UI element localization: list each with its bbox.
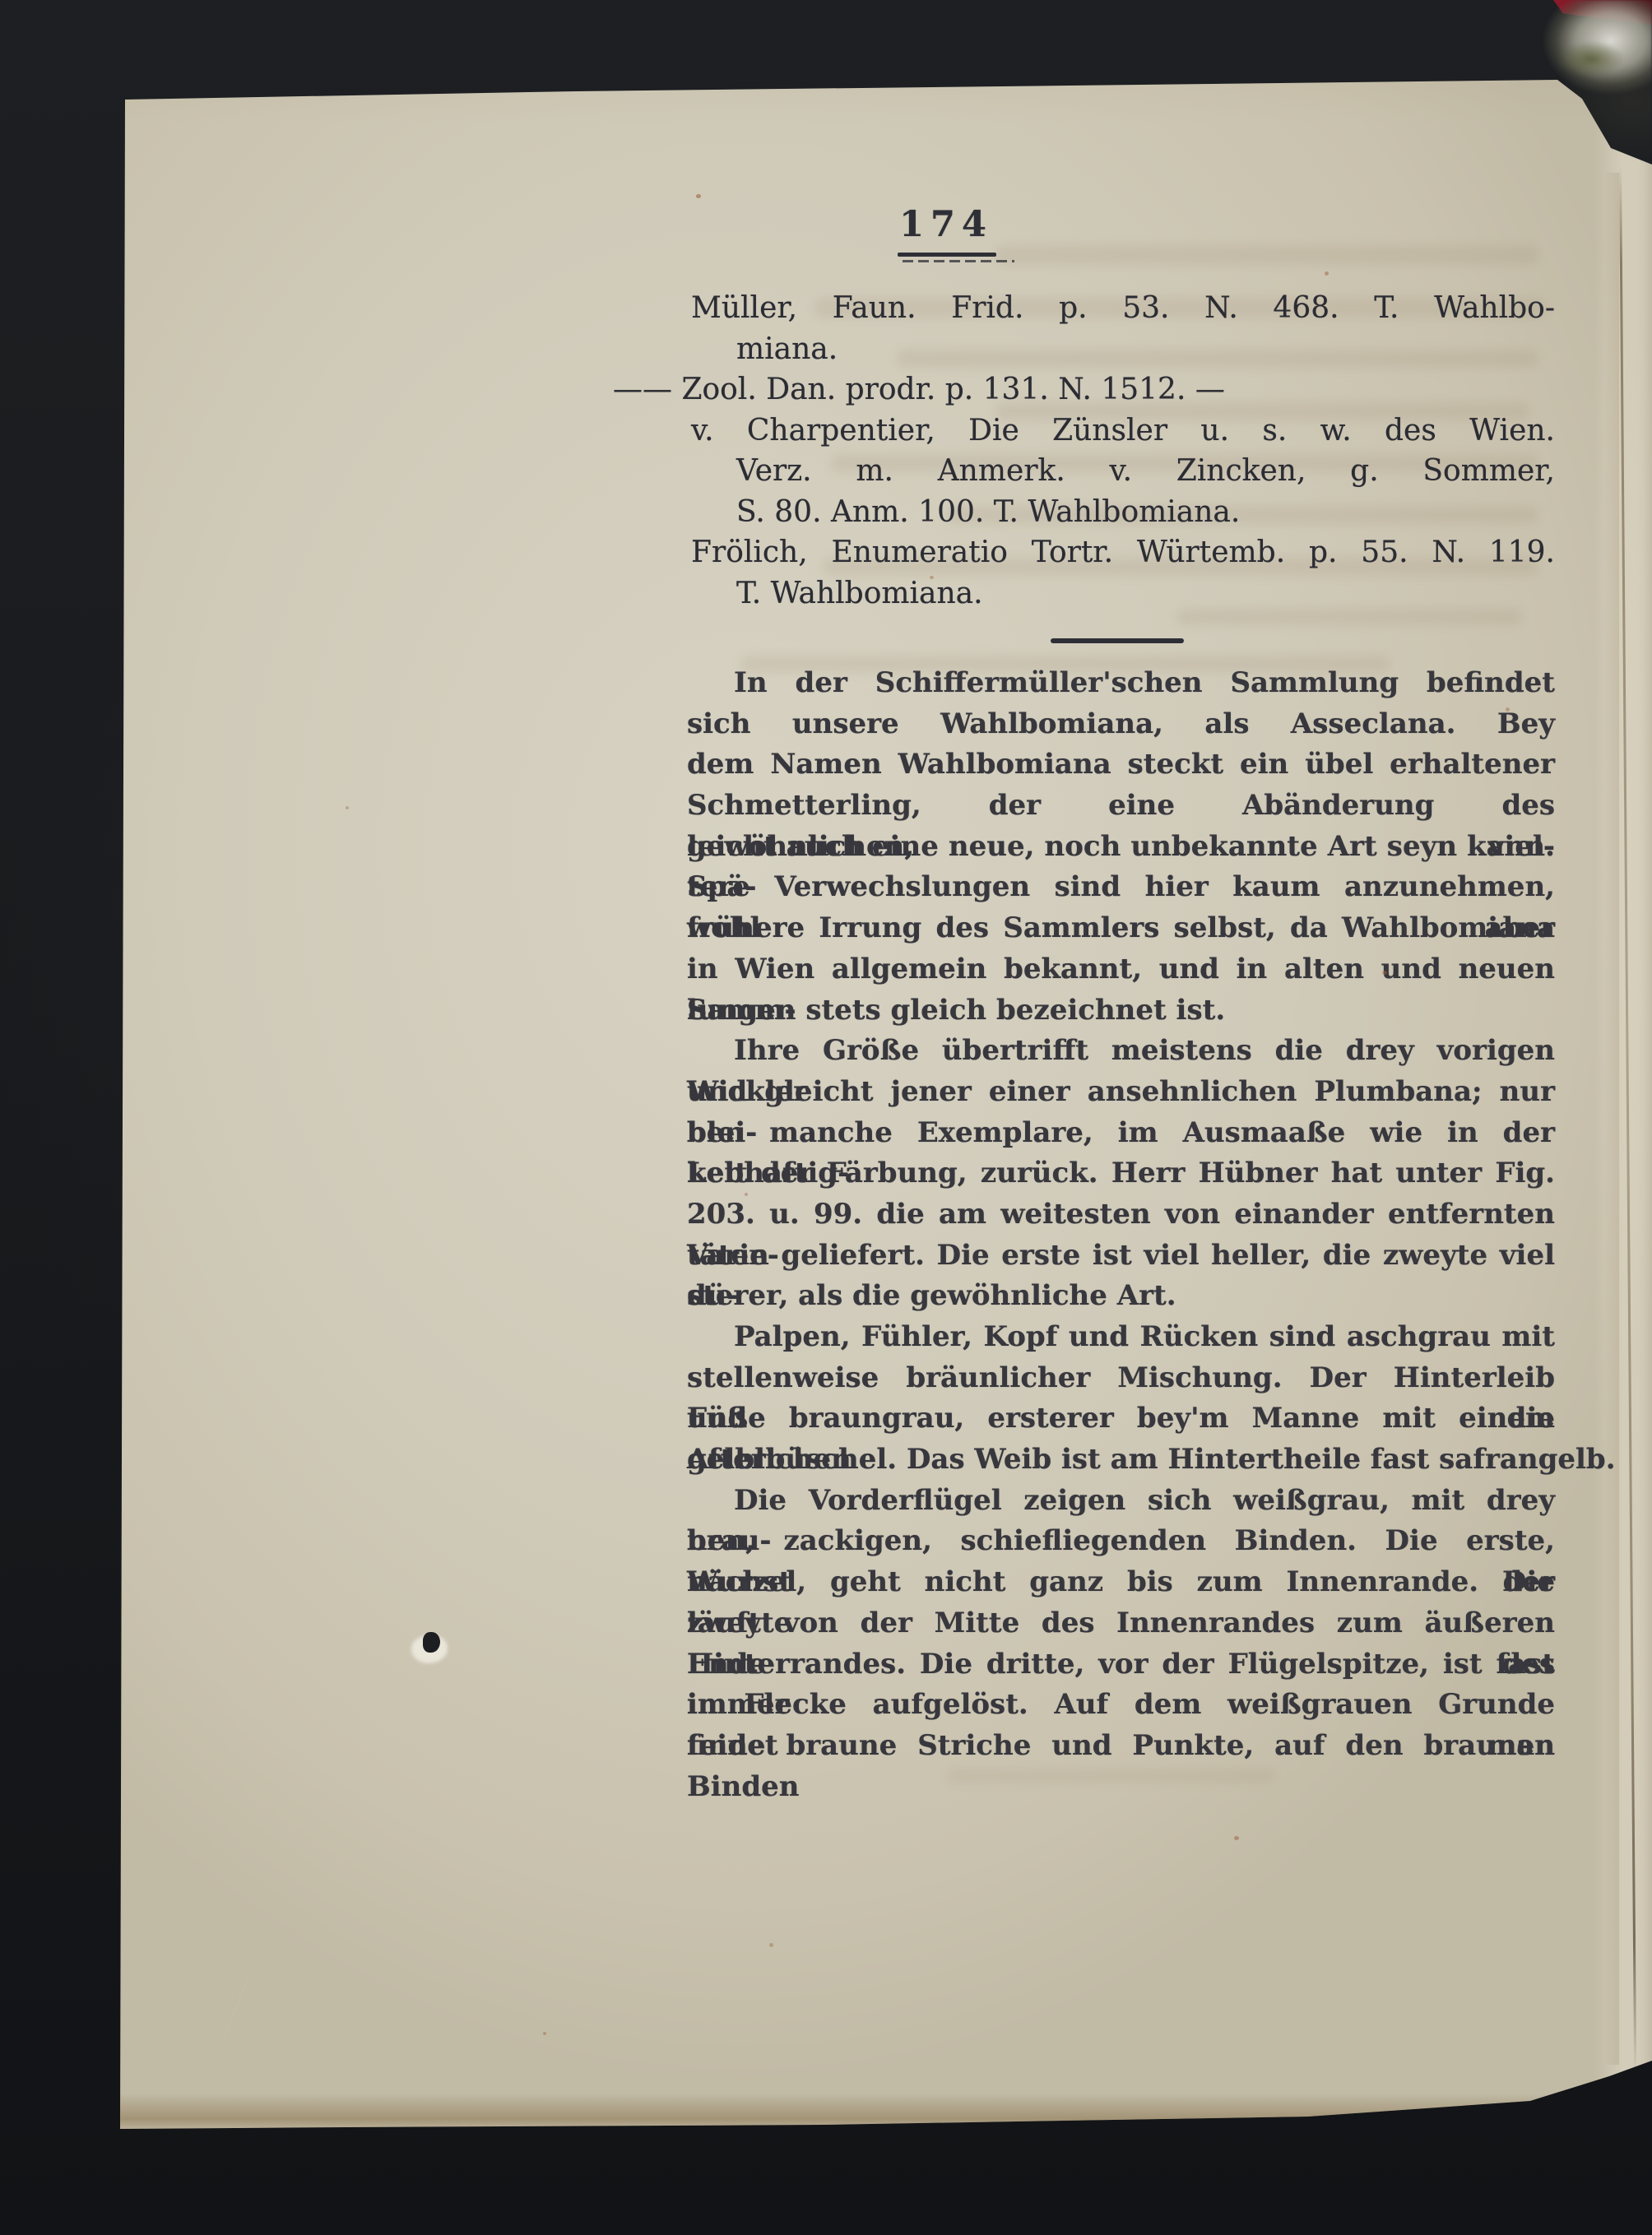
body-line-p2-2: und gleicht jener einer ansehnlichen Plu… — [687, 1072, 1555, 1113]
paper-speck — [930, 576, 934, 579]
paper-speck — [696, 194, 701, 198]
reference-line-4: v. Charpentier, Die Zünsler u. s. w. des… — [691, 410, 1555, 452]
body-line-p1-6: tere Verwechslungen sind hier kaum anzun… — [687, 867, 1555, 908]
body-line-p4-6: in Flecke aufgelöst. Auf dem weißgrauen … — [687, 1685, 1555, 1726]
paper-speck — [1325, 271, 1329, 276]
body-line-p4-5: Hinterrandes. Die dritte, vor der Flügel… — [687, 1644, 1555, 1686]
reference-line-1: Müller, Faun. Frid. p. 53. N. 468. T. Wa… — [691, 288, 1555, 329]
body-line-p1-9: lungen stets gleich bezeichnet ist. — [687, 990, 1555, 1032]
body-line-p3-1: Palpen, Fühler, Kopf und Rücken sind asc… — [687, 1317, 1555, 1358]
scan-background: 174 Müller, Faun. Frid. p. 53. N. 468. T… — [0, 0, 1652, 2235]
body-line-p1-7: frühere Irrung des Sammlers selbst, da W… — [687, 908, 1555, 949]
body-line-p4-3: Wurzel, geht nicht ganz bis zum Innenran… — [687, 1562, 1555, 1603]
paper-speck — [346, 806, 349, 809]
body-line-p2-6: täten geliefert. Die erste ist viel hell… — [687, 1236, 1555, 1277]
reference-line-5: Verz. m. Anmerk. v. Zincken, g. Sommer, — [736, 451, 1555, 492]
body-line-p4-4: läuft von der Mitte des Innenrandes zum … — [687, 1603, 1555, 1644]
body-line-p3-4: Afterbüschel. Das Weib ist am Hinterthei… — [687, 1440, 1555, 1481]
body-line-p1-3: dem Namen Wahlbomiana steckt ein übel er… — [687, 744, 1555, 786]
body-line-p4-7: feine braune Striche und Punkte, auf den… — [687, 1726, 1555, 1767]
page-number: 174 — [856, 204, 1037, 245]
body-line-p1-4: Schmetterling, der eine Abänderung des g… — [687, 786, 1555, 827]
reference-line-8: T. Wahlbomiana. — [736, 573, 1555, 614]
body-line-p1-8: in Wien allgemein bekannt, und in alten … — [687, 949, 1555, 990]
bleed-through — [995, 245, 1538, 265]
body-line-p3-2: stellenweise bräunlicher Mischung. Der H… — [687, 1358, 1555, 1399]
page-number-rule-broken — [903, 260, 1014, 262]
body-text-block: In der Schiffermüller'schen Sammlung bef… — [687, 663, 1555, 1767]
reference-line-2: miana. — [736, 329, 1555, 370]
body-line-p2-4: keit der Färbung, zurück. Herr Hübner ha… — [687, 1153, 1555, 1194]
body-line-p2-1: Ihre Größe übertrifft meistens die drey … — [687, 1031, 1555, 1072]
paper-speck — [769, 1943, 773, 1947]
page-number-rule — [898, 253, 996, 257]
paper-speck — [1234, 1836, 1239, 1840]
paper-speck — [745, 1193, 748, 1196]
reference-line-3: —— Zool. Dan. prodr. p. 131. N. 1512. — — [613, 369, 1555, 410]
reference-line-7: Frölich, Enumeratio Tortr. Würtemb. p. 5… — [691, 532, 1555, 573]
paper-speck — [543, 2032, 546, 2035]
body-line-p4-2: nen, zackigen, schiefliegenden Binden. D… — [687, 1521, 1555, 1562]
reference-line-6: S. 80. Anm. 100. T. Wahlbomiana. — [736, 492, 1555, 533]
separator-rule — [1051, 638, 1184, 643]
paper-speck — [1506, 707, 1510, 712]
paper-speck — [1382, 971, 1387, 975]
reference-block: Müller, Faun. Frid. p. 53. N. 468. T. Wa… — [0, 288, 1652, 614]
body-line-p1-5: leicht auch eine neue, noch unbekannte A… — [687, 827, 1555, 868]
body-line-p3-3: Füße braungrau, ersterer bey'm Manne mit… — [687, 1398, 1555, 1440]
body-line-p4-1: Die Vorderflügel zeigen sich weißgrau, m… — [687, 1481, 1555, 1522]
bleed-through — [946, 1769, 1275, 1783]
body-line-p1-2: sich unsere Wahlbomiana, als Asseclana. … — [687, 704, 1555, 745]
body-line-p1-1: In der Schiffermüller'schen Sammlung bef… — [687, 663, 1555, 704]
body-line-p2-7: sterer, als die gewöhnliche Art. — [687, 1276, 1555, 1317]
body-line-p2-3: ben manche Exemplare, im Ausmaaße wie in… — [687, 1113, 1555, 1154]
body-line-p2-5: 203. u. 99. die am weitesten von einande… — [687, 1194, 1555, 1236]
